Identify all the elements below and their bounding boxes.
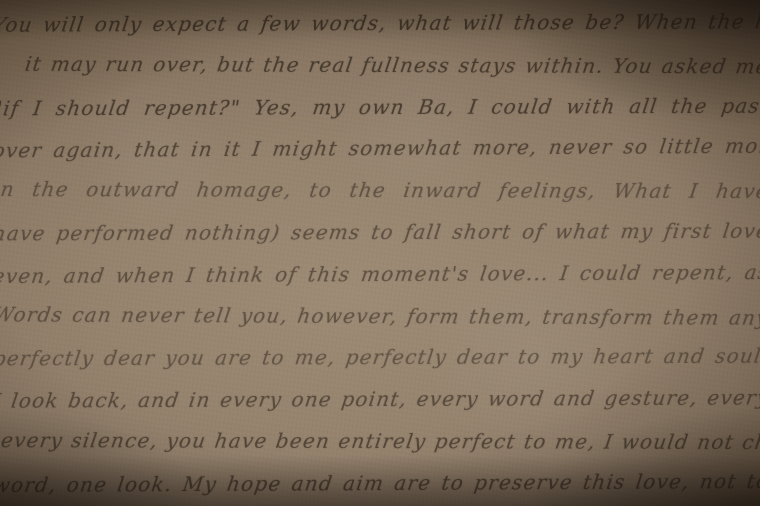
letter-line: word, one look. My hope and aim are to p… <box>0 461 760 506</box>
letter-line: it may run over, but the real fullness s… <box>0 43 760 88</box>
letter-line: even, and when I think of this moment's … <box>0 252 760 298</box>
letter-line: You will only expect a few words, what w… <box>0 1 760 46</box>
letter-line: I look back, and in every one point, eve… <box>0 377 760 422</box>
letter-photo: You will only expect a few words, what w… <box>0 0 760 506</box>
letter-line: "if I should repent?" Yes, my own Ba, I … <box>0 85 760 130</box>
letter-line: have performed nothing) seems to fall sh… <box>0 211 760 256</box>
letter-line: over again, that in it I might somewhat … <box>0 126 760 173</box>
letter-line: Words can never tell you, however, form … <box>0 294 760 339</box>
letter-line: perfectly dear you are to me, perfectly … <box>0 336 760 381</box>
letter-line: every silence, you have been entirely pe… <box>0 420 760 464</box>
letter-line: in the outward homage, to the inward fee… <box>0 169 760 213</box>
handwritten-text-block: You will only expect a few words, what w… <box>0 3 760 505</box>
